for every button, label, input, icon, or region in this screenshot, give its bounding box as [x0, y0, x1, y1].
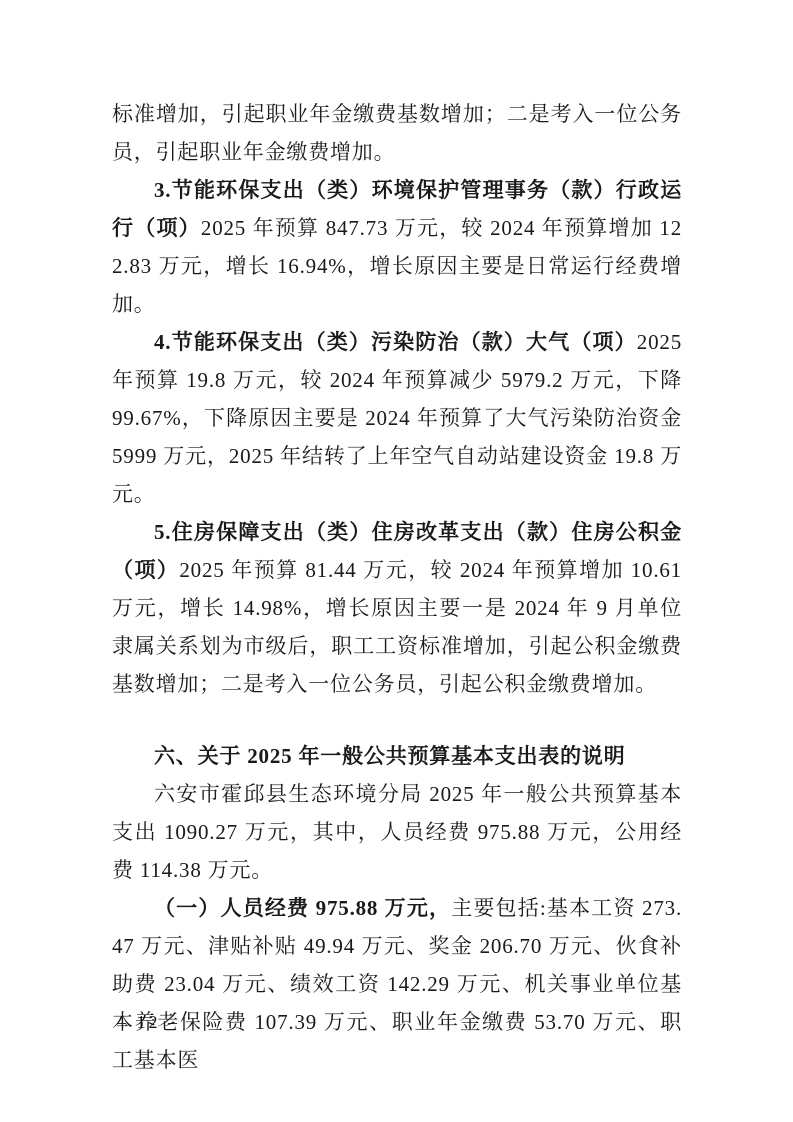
text-run: 2025 年预算 81.44 万元，较 2024 年预算增加 10.61 万元，… — [112, 558, 682, 696]
bold-text-run: 4.节能环保支出（类）污染防治（款）大气（项） — [154, 330, 637, 354]
text-run: 2025 年预算 19.8 万元，较 2024 年预算减少 5979.2 万元，… — [112, 330, 682, 506]
bold-text-run: （一）人员经费 975.88 万元， — [154, 896, 451, 920]
document-page: 标准增加，引起职业年金缴费基数增加；二是考入一位公务员，引起职业年金缴费增加。3… — [0, 0, 793, 1122]
paragraph-1: 标准增加，引起职业年金缴费基数增加；二是考入一位公务员，引起职业年金缴费增加。 — [112, 95, 682, 171]
section-heading: 六、关于 2025 年一般公共预算基本支出表的说明 — [112, 737, 682, 775]
document-body: 标准增加，引起职业年金缴费基数增加；二是考入一位公务员，引起职业年金缴费增加。3… — [112, 95, 682, 1079]
paragraph-6: 六安市霍邱县生态环境分局 2025 年一般公共预算基本支出 1090.27 万元… — [112, 775, 682, 889]
paragraph-4: 5.住房保障支出（类）住房改革支出（款）住房公积金（项）2025 年预算 81.… — [112, 513, 682, 703]
bold-text-run: 六、关于 2025 年一般公共预算基本支出表的说明 — [154, 744, 626, 768]
text-run: 标准增加，引起职业年金缴费基数增加；二是考入一位公务员，引起职业年金缴费增加。 — [112, 102, 682, 164]
paragraph-2: 3.节能环保支出（类）环境保护管理事务（款）行政运行（项）2025 年预算 84… — [112, 171, 682, 323]
text-run: 六安市霍邱县生态环境分局 2025 年一般公共预算基本支出 1090.27 万元… — [112, 782, 682, 882]
page-number: – 12 – — [117, 1010, 180, 1034]
text-run: 主要包括:基本工资 273.47 万元、津贴补贴 49.94 万元、奖金 206… — [112, 896, 682, 1072]
paragraph-7: （一）人员经费 975.88 万元，主要包括:基本工资 273.47 万元、津贴… — [112, 889, 682, 1079]
paragraph-3: 4.节能环保支出（类）污染防治（款）大气（项）2025 年预算 19.8 万元，… — [112, 323, 682, 513]
